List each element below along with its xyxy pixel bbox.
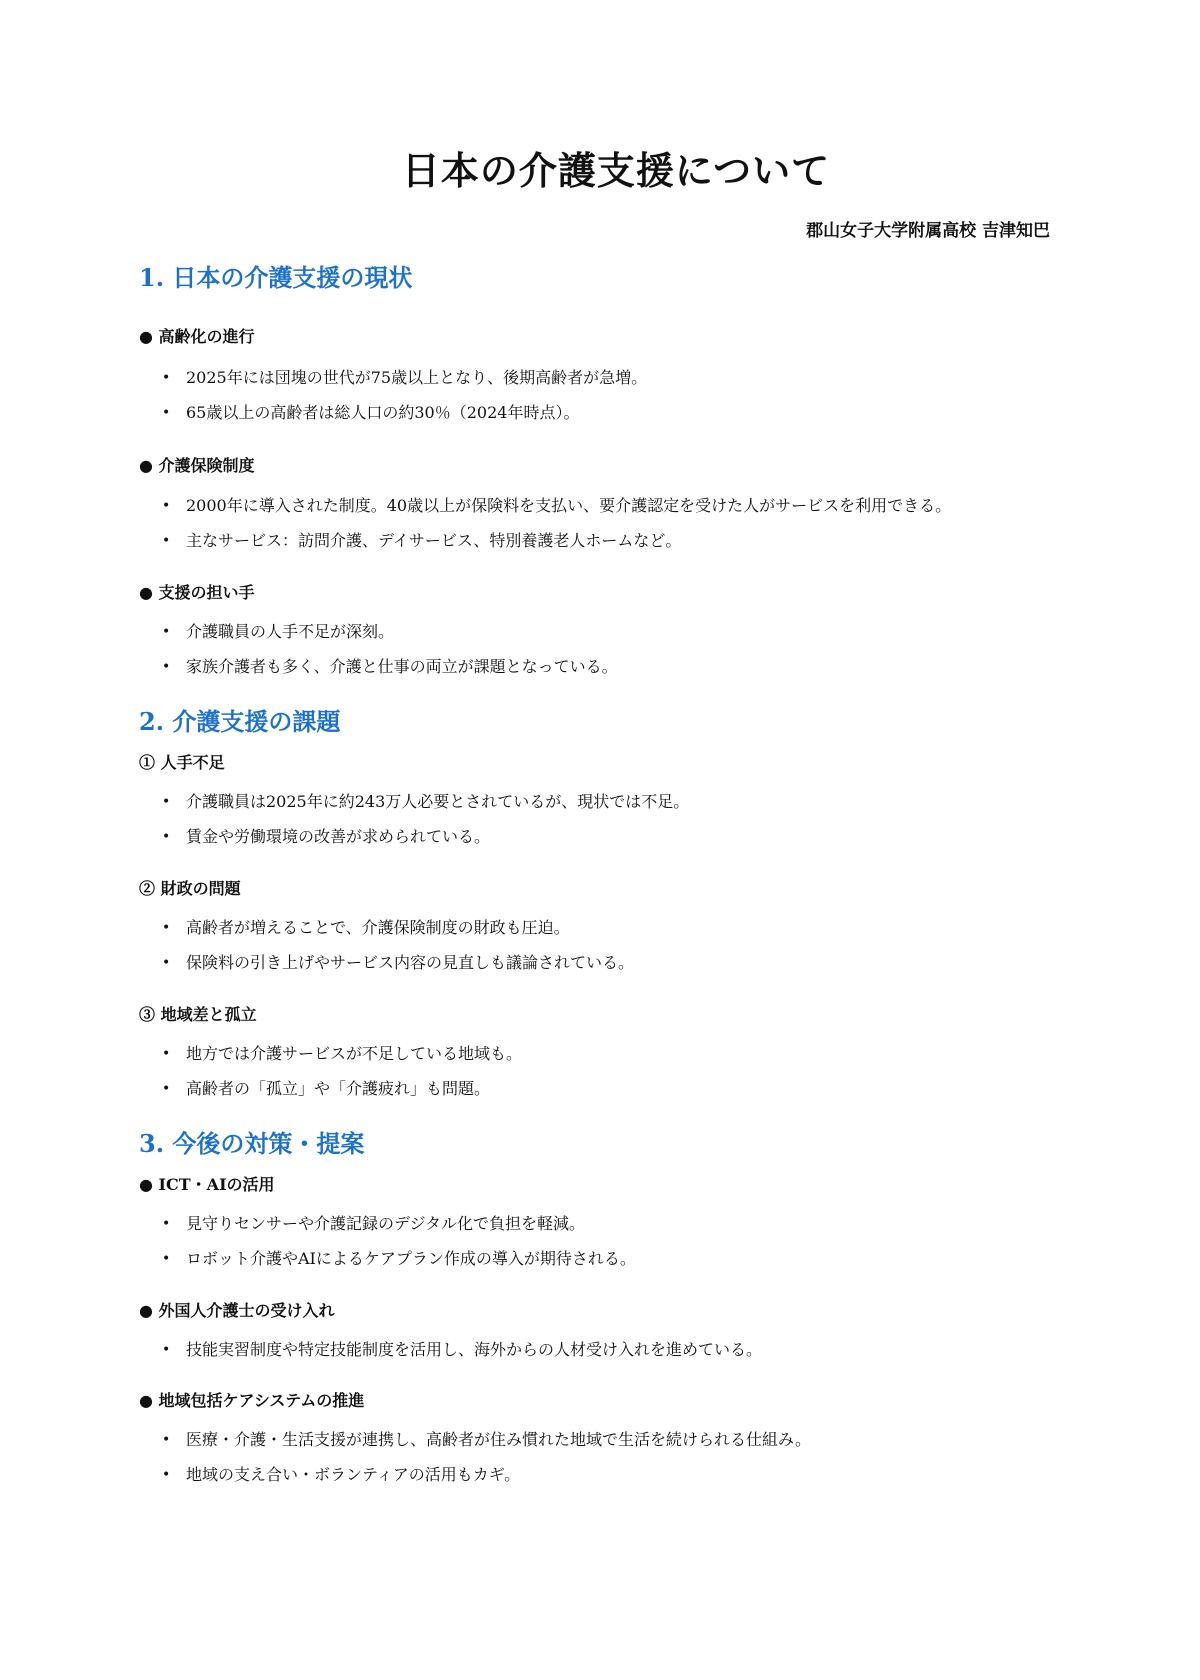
bullet-icon: • [162,1463,170,1487]
list-item-text: 主なサービス：訪問介護、デイサービス、特別養護老人ホームなど。 [186,531,681,550]
list-item-text: 介護職員の人手不足が深刻。 [186,622,394,641]
list-item: •ロボット介護やAIによるケアプラン作成の導入が期待される。 [0,1247,636,1282]
list-item: •主なサービス：訪問介護、デイサービス、特別養護老人ホームなど。 [0,529,951,564]
subsection-heading-caregivers: ● 支援の担い手 [139,582,255,604]
list-item-text: 高齢者の「孤立」や「介護疲れ」も問題。 [186,1079,490,1098]
subsection-heading-foreign-workers: ● 外国人介護士の受け入れ [139,1300,335,1322]
bullet-icon: • [162,1077,170,1101]
list-item: •地域の支え合い・ボランティアの活用もカギ。 [0,1463,811,1498]
list-item: •介護職員の人手不足が深刻。 [0,620,618,655]
bullet-icon: • [162,790,170,814]
list-item-text: ロボット介護やAIによるケアプラン作成の導入が期待される。 [186,1249,636,1268]
bullet-icon: • [162,494,170,518]
list-item: •家族介護者も多く、介護と仕事の両立が課題となっている。 [0,655,618,690]
bullet-icon: • [162,655,170,679]
list-item-text: 介護職員は2025年に約243万人必要とされているが、現状では不足。 [186,792,689,811]
bullet-icon: • [162,951,170,975]
bullet-list-ict-ai: •見守りセンサーや介護記録のデジタル化で負担を軽減。 •ロボット介護やAIによる… [0,1212,636,1282]
list-item-text: 技能実習制度や特定技能制度を活用し、海外からの人材受け入れを進めている。 [186,1340,762,1359]
list-item-text: 地域の支え合い・ボランティアの活用もカギ。 [186,1465,520,1484]
list-item: •保険料の引き上げやサービス内容の見直しも議論されている。 [0,951,634,986]
document-title: 日本の介護支援について [0,146,1200,196]
list-item: •65歳以上の高齢者は総人口の約30％（2024年時点）。 [0,401,647,436]
bullet-icon: • [162,529,170,553]
bullet-icon: • [162,1428,170,1452]
list-item-text: 家族介護者も多く、介護と仕事の両立が課題となっている。 [186,657,618,676]
list-item-text: 賃金や労働環境の改善が求められている。 [186,827,490,846]
list-item-text: 2000年に導入された制度。40歳以上が保険料を支払い、要介護認定を受けた人がサ… [186,496,951,515]
bullet-icon: • [162,1247,170,1271]
list-item: •見守りセンサーや介護記録のデジタル化で負担を軽減。 [0,1212,636,1247]
list-item-text: 65歳以上の高齢者は総人口の約30％（2024年時点）。 [186,403,579,422]
list-item-text: 地方では介護サービスが不足している地域も。 [186,1044,522,1063]
list-item: •介護職員は2025年に約243万人必要とされているが、現状では不足。 [0,790,689,825]
bullet-list-caregivers: •介護職員の人手不足が深刻。 •家族介護者も多く、介護と仕事の両立が課題となって… [0,620,618,690]
section-heading-2: 2. 介護支援の課題 [139,706,340,738]
subsection-heading-aging: ● 高齢化の進行 [139,326,255,348]
bullet-icon: • [162,401,170,425]
subsection-heading-labor-shortage: ① 人手不足 [139,752,225,774]
bullet-icon: • [162,825,170,849]
bullet-list-community-care: •医療・介護・生活支援が連携し、高齢者が住み慣れた地域で生活を続けられる仕組み。… [0,1428,811,1498]
subsection-heading-regional-gap: ③ 地域差と孤立 [139,1004,257,1026]
list-item-text: 保険料の引き上げやサービス内容の見直しも議論されている。 [186,953,634,972]
section-heading-3: 3. 今後の対策・提案 [139,1128,364,1160]
bullet-list-regional-gap: •地方では介護サービスが不足している地域も。 •高齢者の「孤立」や「介護疲れ」も… [0,1042,522,1112]
list-item: •技能実習制度や特定技能制度を活用し、海外からの人材受け入れを進めている。 [0,1338,762,1373]
list-item: •2025年には団塊の世代が75歳以上となり、後期高齢者が急増。 [0,366,647,401]
bullet-icon: • [162,916,170,940]
bullet-icon: • [162,366,170,390]
bullet-list-foreign-workers: •技能実習制度や特定技能制度を活用し、海外からの人材受け入れを進めている。 [0,1338,762,1373]
bullet-icon: • [162,1212,170,1236]
section-heading-1: 1. 日本の介護支援の現状 [139,262,412,294]
list-item-text: 医療・介護・生活支援が連携し、高齢者が住み慣れた地域で生活を続けられる仕組み。 [186,1430,811,1449]
list-item-text: 見守りセンサーや介護記録のデジタル化で負担を軽減。 [186,1214,585,1233]
subsection-heading-insurance: ● 介護保険制度 [139,455,255,477]
list-item: •地方では介護サービスが不足している地域も。 [0,1042,522,1077]
subsection-heading-finance: ② 財政の問題 [139,878,241,900]
bullet-list-aging: •2025年には団塊の世代が75歳以上となり、後期高齢者が急増。 •65歳以上の… [0,366,647,436]
bullet-list-labor-shortage: •介護職員は2025年に約243万人必要とされているが、現状では不足。 •賃金や… [0,790,689,860]
list-item: •高齢者の「孤立」や「介護疲れ」も問題。 [0,1077,522,1112]
document-page: 日本の介護支援について 郡山女子大学附属高校 吉津知巴 1. 日本の介護支援の現… [0,0,1200,1680]
list-item: •賃金や労働環境の改善が求められている。 [0,825,689,860]
list-item-text: 高齢者が増えることで、介護保険制度の財政も圧迫。 [186,918,570,937]
subsection-heading-ict-ai: ● ICT・AIの活用 [139,1174,275,1196]
list-item: •高齢者が増えることで、介護保険制度の財政も圧迫。 [0,916,634,951]
bullet-list-insurance: •2000年に導入された制度。40歳以上が保険料を支払い、要介護認定を受けた人が… [0,494,951,564]
list-item: •医療・介護・生活支援が連携し、高齢者が住み慣れた地域で生活を続けられる仕組み。 [0,1428,811,1463]
list-item-text: 2025年には団塊の世代が75歳以上となり、後期高齢者が急増。 [186,368,647,387]
list-item: •2000年に導入された制度。40歳以上が保険料を支払い、要介護認定を受けた人が… [0,494,951,529]
bullet-list-finance: •高齢者が増えることで、介護保険制度の財政も圧迫。 •保険料の引き上げやサービス… [0,916,634,986]
bullet-icon: • [162,1338,170,1362]
author-line: 郡山女子大学附属高校 吉津知巴 [806,219,1050,243]
bullet-icon: • [162,620,170,644]
bullet-icon: • [162,1042,170,1066]
subsection-heading-community-care: ● 地域包括ケアシステムの推進 [139,1390,364,1412]
